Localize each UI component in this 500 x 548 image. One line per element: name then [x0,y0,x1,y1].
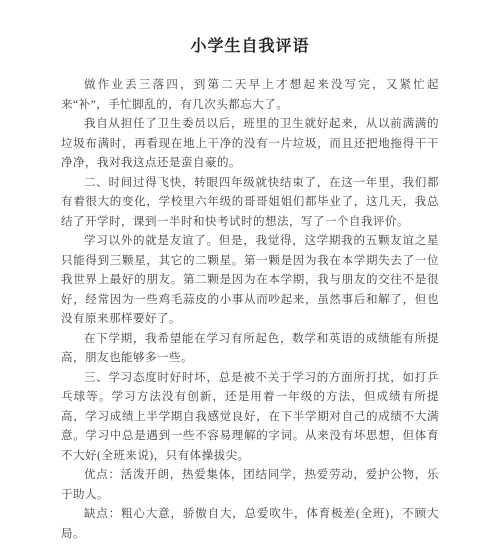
paragraph: 学习以外的就是友谊了。但是，我觉得，这学期我的五颗友谊之星只能得到三颗星，其它的… [61,232,439,330]
paragraph: 二、时间过得飞快，转眼四年级就快结束了，在这一年里，我们都有着很大的变化，学校里… [61,174,439,233]
paragraph: 三、学习态度时好时坏，总是被不关于学习的方面所打扰，如打乒乓球等。学习方法没有创… [61,369,439,467]
document-body: 做作业丢三落四，到第二天早上才想起来没写完，又紧忙起来“补”，手忙脚乱的，有几次… [61,76,439,544]
paragraph: 缺点：粗心大意，骄傲自大，总爱吹牛，体育极差(全班)，不顾大局。 [61,505,439,544]
paragraph: 优点：活泼开朗，热爱集体，团结同学，热爱劳动，爱护公物，乐于助人。 [61,466,439,505]
page-title: 小学生自我评语 [0,0,500,56]
document-page: 小学生自我评语 做作业丢三落四，到第二天早上才想起来没写完，又紧忙起来“补”，手… [0,0,500,548]
paragraph: 在下学期，我希望能在学习有所起色，数学和英语的成绩能有所提高，朋友也能够多一些。 [61,330,439,369]
paragraph: 我自从担任了卫生委员以后，班里的卫生就好起来，从以前满满的垃圾布满时，再看现在地… [61,115,439,174]
paragraph: 做作业丢三落四，到第二天早上才想起来没写完，又紧忙起来“补”，手忙脚乱的，有几次… [61,76,439,115]
